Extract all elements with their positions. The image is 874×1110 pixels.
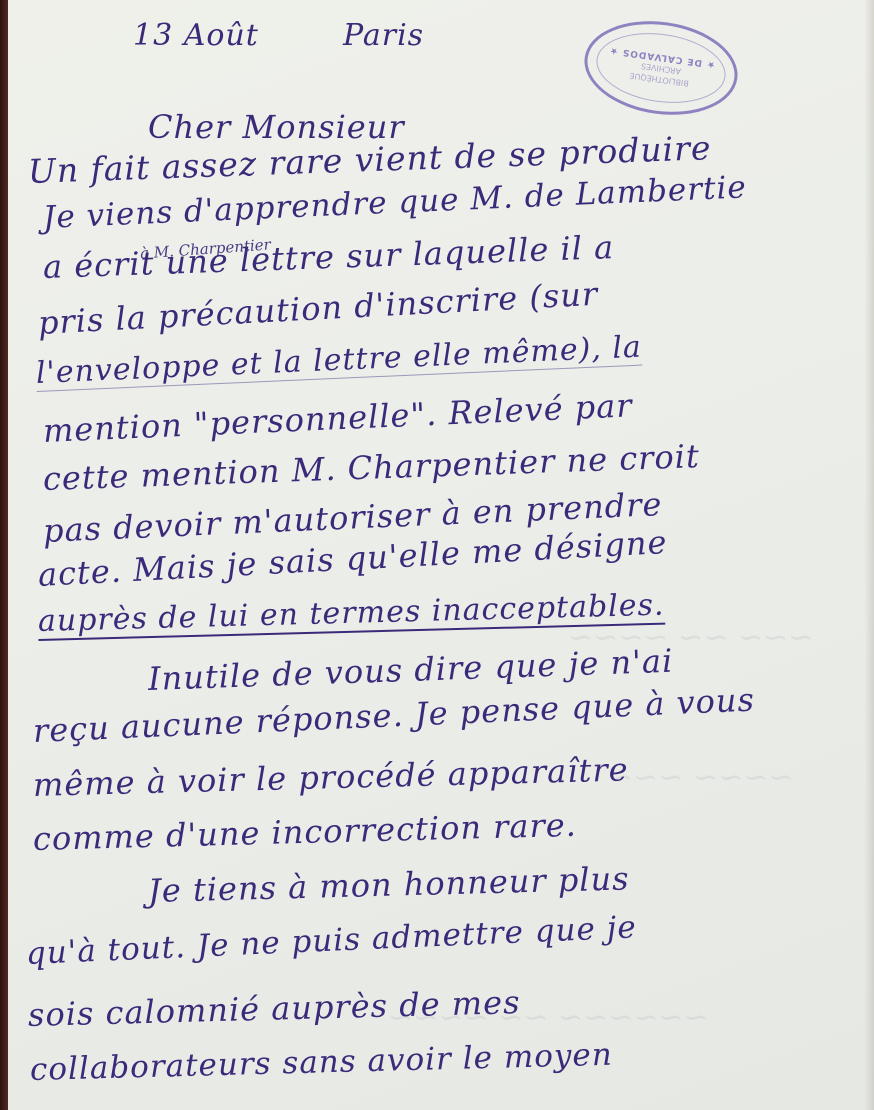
letter-place: Paris — [343, 18, 424, 53]
letter-line-5: l'enveloppe et la lettre elle même), la — [35, 330, 642, 391]
letter-line-12: reçu aucune réponse. Je pense que à vous — [32, 681, 755, 750]
letter-line-13: même à voir le procédé apparaître — [33, 750, 629, 804]
bleed-through-text: ~~~~ ~~~ — [608, 760, 794, 795]
letter-line-16: qu'à tout. Je ne puis admettre que je — [25, 909, 637, 972]
letter-date: 13 Août — [133, 18, 259, 53]
letter-line-4: pris la précaution d'inscrire (sur — [37, 275, 599, 342]
letter-page: ~~~ ~~ ~~~~ ~~~~ ~~~ ~~~~~~ ~~ ~~~~ ★ DE… — [8, 0, 874, 1110]
letter-line-6: mention "personnelle". Relevé par — [42, 386, 633, 450]
archive-stamp: ★ DE CALVADOS ★ ARCHIVES BIBLIOTHÈQUE — [578, 12, 743, 125]
letter-line-15: Je tiens à mon honneur plus — [148, 859, 631, 910]
underlined-phrase: l'enveloppe et la lettre elle même), la — [35, 330, 642, 392]
letter-line-18: collaborateurs sans avoir le moyen — [30, 1037, 614, 1088]
letter-line-14: comme d'une incorrection rare. — [33, 806, 578, 858]
